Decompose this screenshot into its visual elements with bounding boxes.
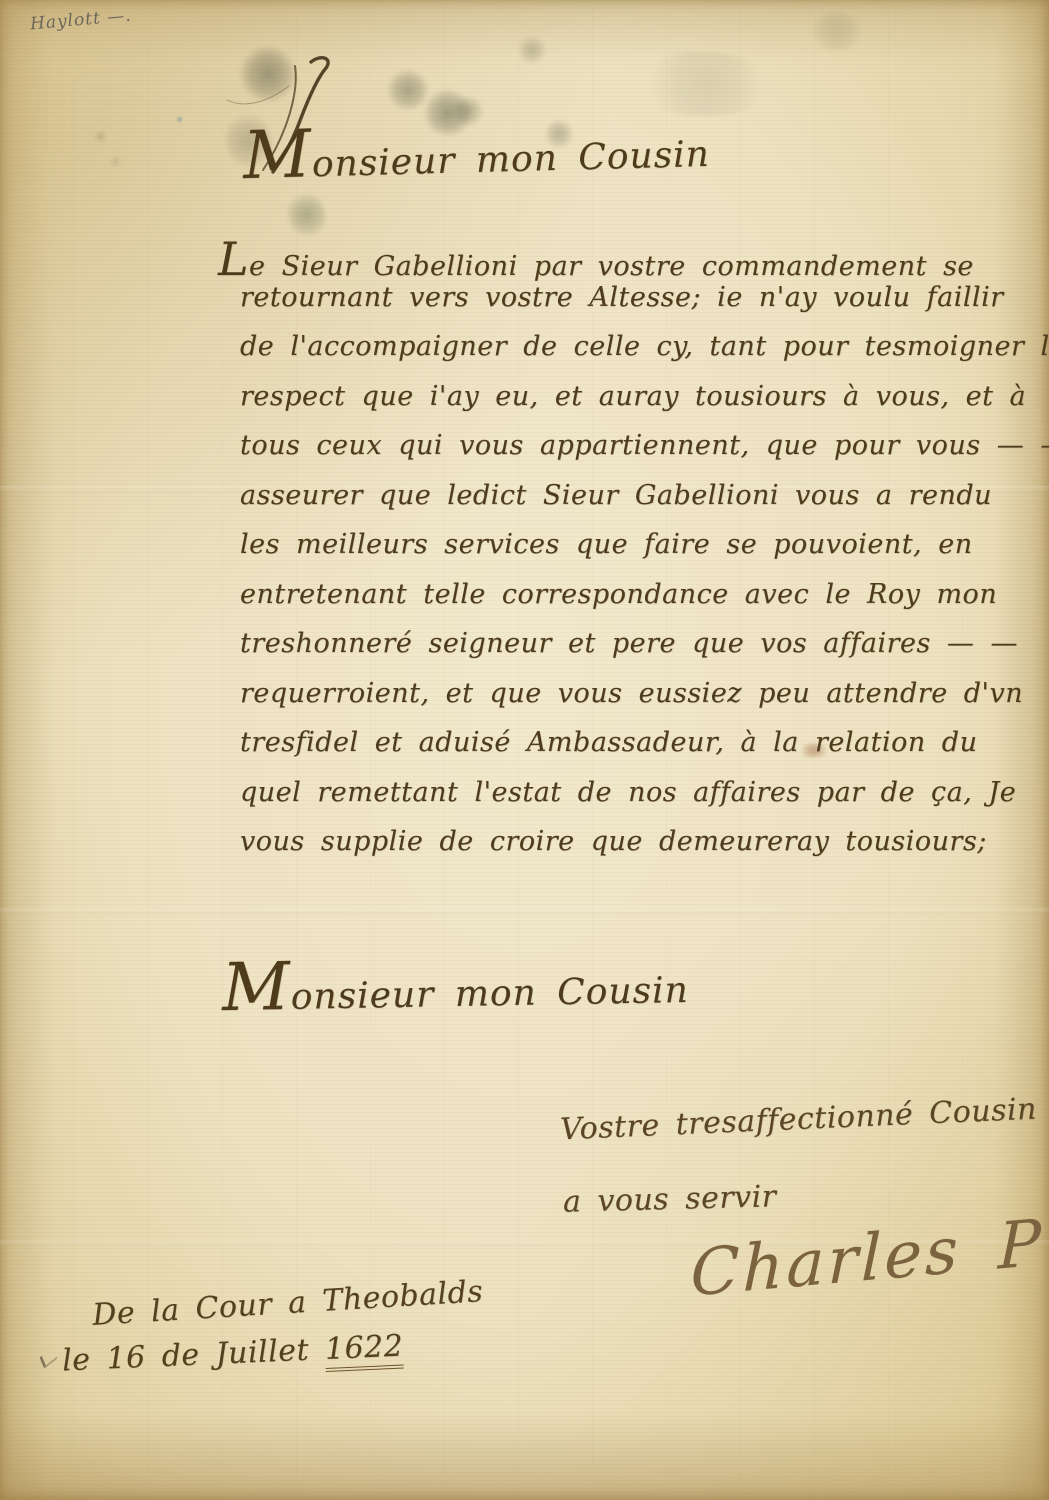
valediction-line-1: Vostre tresaffectionné Cousin — [559, 1092, 1037, 1148]
manuscript-letter-page: Haylott —. Monsieur mon Cousin Le Sieur … — [0, 0, 1049, 1500]
manuscript-line: tous ceux qui vous appartiennent, que po… — [218, 430, 1043, 480]
manuscript-line: retournant vers vostre Altesse; ie n'ay … — [218, 282, 1043, 332]
salutation: Monsieur mon Cousin — [242, 106, 710, 194]
manuscript-line: respect que i'ay eu, et auray tousiours … — [218, 381, 1043, 431]
manuscript-line: quel remettant l'estat de nos affaires p… — [218, 777, 1043, 827]
signature: Charles P — [690, 1206, 1044, 1311]
ink-stain — [110, 156, 121, 167]
ink-stain — [808, 12, 866, 50]
ink-stain — [233, 40, 303, 107]
letter-body: Le Sieur Gabellioni par vostre commandem… — [218, 232, 1043, 876]
manuscript-line: treshonneré seigneur et pere que vos aff… — [218, 628, 1043, 678]
dateline-place: De la Cour a Theobalds — [91, 1274, 484, 1333]
pencil-tick-mark — [39, 1347, 57, 1369]
manuscript-line: entretenant telle correspondance avec le… — [218, 579, 1043, 629]
ink-stain — [176, 116, 183, 123]
ink-stain — [386, 70, 430, 110]
ink-stain — [518, 36, 546, 64]
manuscript-line: tresfidel et aduisé Ambassadeur, à la re… — [218, 727, 1043, 777]
manuscript-line: vous supplie de croire que demeureray to… — [218, 826, 1043, 876]
manuscript-line: Le Sieur Gabellioni par vostre commandem… — [218, 232, 1043, 282]
dateline-date-text: le 16 de Juillet — [61, 1332, 325, 1378]
manuscript-line: asseurer que ledict Sieur Gabellioni vou… — [218, 480, 1043, 530]
closing-salutation: Monsieur mon Cousin — [221, 942, 689, 1026]
manuscript-line: de l'accompaigner de celle cy, tant pour… — [218, 331, 1043, 381]
dateline-date: le 16 de Juillet 1622 — [61, 1329, 404, 1379]
pencil-annotation: Haylott —. — [29, 6, 132, 35]
manuscript-line: requerroient, et que vous eussiez peu at… — [218, 678, 1043, 728]
manuscript-line: les meilleurs services que faire se pouv… — [218, 529, 1043, 579]
ink-stain — [94, 130, 107, 143]
dateline-year: 1622 — [324, 1329, 404, 1372]
fold-crease — [0, 908, 1049, 915]
valediction-line-2: a vous servir — [563, 1179, 777, 1220]
